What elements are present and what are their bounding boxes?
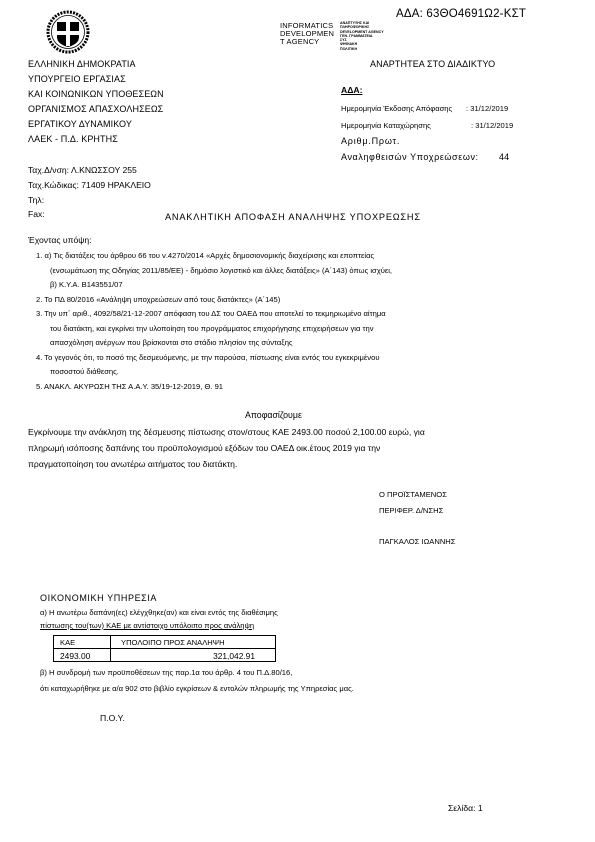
- ada-code: ΑΔΑ: 63ΘΟ4691Ω2-ΚΣΤ: [396, 8, 526, 20]
- consideration-line: 2. Το ΠΔ 80/2016 «Ανάληψη υποχρεώσεων απ…: [36, 295, 280, 304]
- issuer-line: ΟΡΓΑΝΙΣΜΟΣ ΑΠΑΣΧΟΛΗΣΕΩΣ: [28, 104, 163, 114]
- finance-line-b1: β) Η συνδρομή των προϋποθέσεων της παρ.1…: [40, 668, 292, 677]
- signatory-role: Ο ΠΡΟΪΣΤΑΜΕΝΟΣ: [379, 490, 447, 499]
- ada-label: ΑΔΑ:: [341, 85, 362, 95]
- logo-line: T AGENCY: [280, 38, 334, 46]
- consideration-line: 5. ΑΝΑΚΛ. ΑΚΥΡΩΣΗ ΤΗΣ Α.Α.Υ. 35/19-12-20…: [36, 382, 223, 391]
- issuer-line: ΚΑΙ ΚΟΙΝΩΝΙΚΩΝ ΥΠΟΘΕΣΕΩΝ: [28, 89, 164, 99]
- commitments-label: Αναληφθεισών Υποχρεώσεων:: [341, 152, 479, 162]
- publish-note: ΑΝΑΡΤΗΤΕΑ ΣΤΟ ΔΙΑΔΙΚΤΥΟ: [370, 59, 495, 69]
- finance-heading: ΟΙΚΟΝΟΜΙΚΗ ΥΠΗΡΕΣΙΑ: [40, 593, 157, 603]
- table-header-balance: ΥΠΟΛΟΙΠΟ ΠΡΟΣ ΑΝΑΛΗΨΗ: [111, 636, 276, 649]
- consideration-line: β) Κ.Υ.Α. Β143551/07: [50, 280, 123, 289]
- finance-line-a1: α) Η ανωτέρω δαπάνη(ες) ελέγχθηκε(αν) κα…: [40, 608, 278, 617]
- consideration-line: του διατάκτη, και εγκρίνει την υλοποίηση…: [50, 324, 374, 333]
- decision-line: πληρωμή ισόποσης δαπάνης του προϋπολογισ…: [28, 443, 380, 453]
- page-number: Σελίδα: 1: [448, 803, 483, 813]
- informatics-agency-logo: INFORMATICS DEVELOPMEN T AGENCY: [280, 22, 334, 46]
- signatory-dept: ΠΕΡΙΦΕΡ. Δ/ΝΣΗΣ: [379, 506, 443, 515]
- table-row: 2493.00 321,042.91: [54, 649, 276, 662]
- table-header-kae: ΚΑΕ: [54, 636, 111, 649]
- consideration-line: 1. α) Τις διατάξεις του άρθρου 66 του ν.…: [36, 251, 374, 260]
- consideration-line: απασχόληση ανέργων που βρίσκονται στο στ…: [50, 338, 293, 347]
- considering-label: Έχοντας υπόψη:: [28, 235, 92, 245]
- post-date: : 31/12/2019: [471, 121, 513, 130]
- consideration-line: 4. Το γεγονός ότι, το ποσό της δεσμευόμε…: [36, 353, 379, 362]
- finance-line-a2: πίστωσης του(των) ΚΑΕ με αντίστοιχο υπόλ…: [40, 621, 254, 630]
- consideration-line: 3. Την υπ΄ αριθ., 4092/58/21-12-2007 από…: [36, 309, 386, 318]
- issuer-line: ΥΠΟΥΡΓΕΙΟ ΕΡΓΑΣΙΑΣ: [28, 74, 126, 84]
- address: Ταχ.Δ/νση: Λ.ΚΝΩΣΣΟΥ 255: [28, 165, 137, 175]
- issuer-line: ΛΑΕΚ - Π.Δ. ΚΡΗΤΗΣ: [28, 134, 118, 144]
- table-cell-balance: 321,042.91: [111, 649, 276, 662]
- consideration-line: ποσοστού διάθεσης.: [50, 367, 119, 376]
- decision-line: Εγκρίνουμε την ανάκληση της δέσμευσης πί…: [28, 427, 425, 437]
- commitments-value: 44: [499, 152, 509, 162]
- issuer-line: ΕΛΛΗΝΙΚΗ ΔΗΜΟΚΡΑΤΙΑ: [28, 59, 136, 69]
- logo-subline: ΠΟΛΙΤΙΚΗ: [340, 47, 384, 51]
- decision-line: πραγματοποίηση του ανωτέρω αιτήματος του…: [28, 459, 237, 469]
- protocol-label: Αριθμ.Πρωτ.: [341, 136, 400, 146]
- kae-balance-table: ΚΑΕ ΥΠΟΛΟΙΠΟ ΠΡΟΣ ΑΝΑΛΗΨΗ 2493.00 321,04…: [53, 635, 276, 662]
- pou-label: Π.Ο.Υ.: [100, 713, 125, 723]
- consideration-line: (ενσωμάτωση της Οδηγίας 2011/85/ΕΕ) - δη…: [50, 266, 392, 275]
- informatics-agency-subtext: ΑΝΑΠΤΥΞΗΣ ΚΑΙ ΠΛΗΡΟΦΟΡΙΚΗΣ DEVELOPMENT A…: [340, 21, 384, 51]
- post-date-label: Ημερομηνία Καταχώρησης: [341, 121, 431, 130]
- table-header-row: ΚΑΕ ΥΠΟΛΟΙΠΟ ΠΡΟΣ ΑΝΑΛΗΨΗ: [54, 636, 276, 649]
- postal-code: Ταχ.Κώδικας: 71409 ΗΡΑΚΛΕΙΟ: [28, 180, 151, 190]
- signatory-name: ΠΑΓΚΑΛΟΣ ΙΩΑΝΝΗΣ: [379, 537, 455, 546]
- table-cell-kae: 2493.00: [54, 649, 111, 662]
- issue-date: : 31/12/2019: [466, 104, 508, 113]
- phone: Τηλ:: [28, 195, 44, 205]
- document-title: ΑΝΑΚΛΗΤΙΚΗ ΑΠΟΦΑΣΗ ΑΝΑΛΗΨΗΣ ΥΠΟΧΡΕΩΣΗΣ: [165, 212, 421, 222]
- fax: Fax:: [28, 209, 45, 219]
- greek-coat-of-arms-icon: [46, 10, 90, 54]
- issuer-line: ΕΡΓΑΤΙΚΟΥ ΔΥΝΑΜΙΚΟΥ: [28, 119, 132, 129]
- decision-heading: Αποφασίζουμε: [245, 410, 302, 420]
- issue-date-label: Ημερομηνία Έκδοσης Απόφασης: [341, 104, 452, 113]
- finance-line-b2: ότι καταχωρήθηκε με α/α 902 στο βιβλίο ε…: [40, 684, 354, 693]
